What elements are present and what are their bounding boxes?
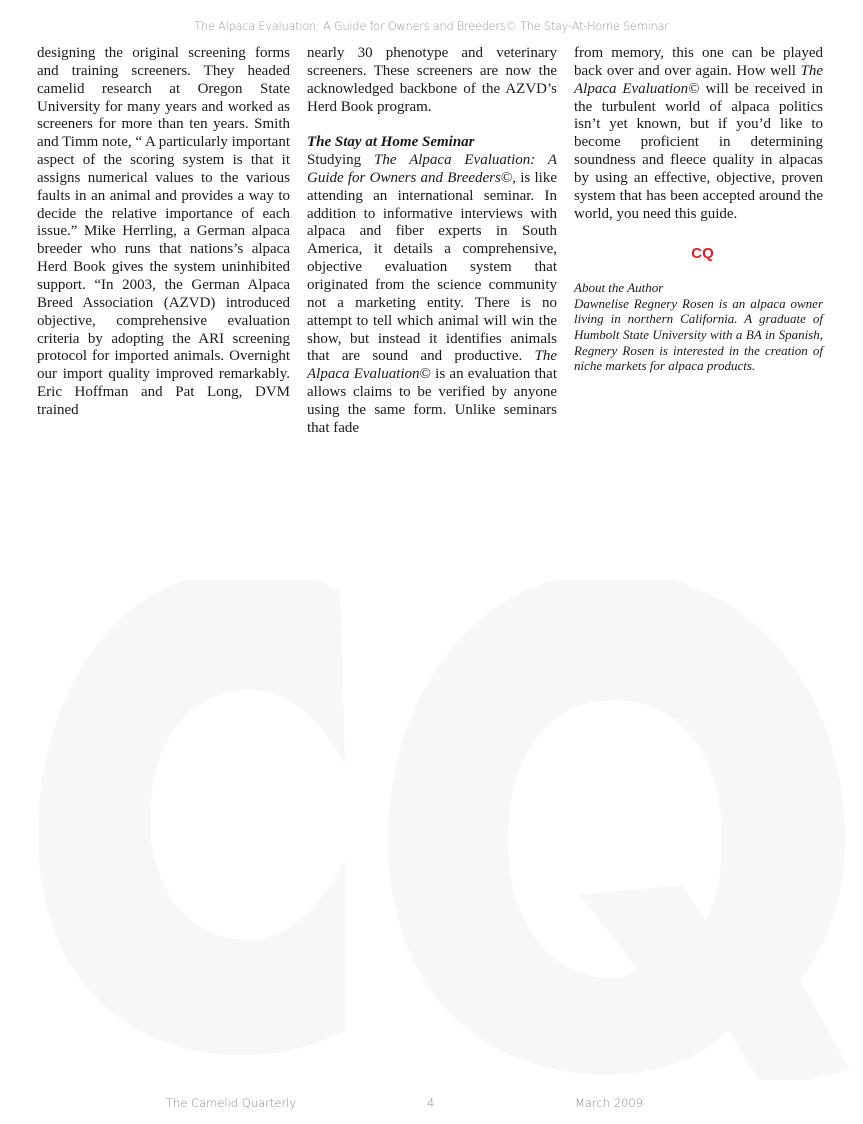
author-heading: About the Author (574, 280, 823, 296)
section-heading: The Stay at Home Seminar (307, 134, 557, 152)
paragraph-text: from memory, this one can be played back… (574, 45, 823, 79)
body-paragraph: from memory, this one can be played back… (574, 45, 823, 223)
article-column-2: nearly 30 phenotype and veterinary scree… (307, 45, 557, 438)
footer-issue-date: March 2009 (575, 1096, 643, 1110)
article-column-3: from memory, this one can be played back… (574, 45, 823, 374)
about-the-author: About the Author Dawnelise Regnery Rosen… (574, 280, 823, 374)
author-bio: Dawnelise Regnery Rosen is an alpaca own… (574, 296, 823, 374)
end-mark-cq-icon: CQ (574, 245, 823, 263)
paragraph-text: Studying (307, 152, 374, 168)
footer-publication: The Camelid Quarterly (166, 1096, 296, 1110)
body-paragraph: Studying The Alpaca Evaluation: A Guide … (307, 152, 557, 438)
paragraph-text: ©, is like attending an international se… (307, 170, 557, 364)
running-header: The Alpaca Evaluation: A Guide for Owner… (0, 20, 863, 33)
cq-watermark-icon (0, 580, 863, 1080)
body-paragraph: designing the original screening forms a… (37, 45, 290, 420)
article-column-1: designing the original screening forms a… (37, 45, 290, 420)
footer-page-number: 4 (427, 1096, 434, 1110)
paragraph-text: © will be received in the turbulent worl… (574, 81, 823, 222)
body-paragraph: nearly 30 phenotype and veterinary scree… (307, 45, 557, 116)
